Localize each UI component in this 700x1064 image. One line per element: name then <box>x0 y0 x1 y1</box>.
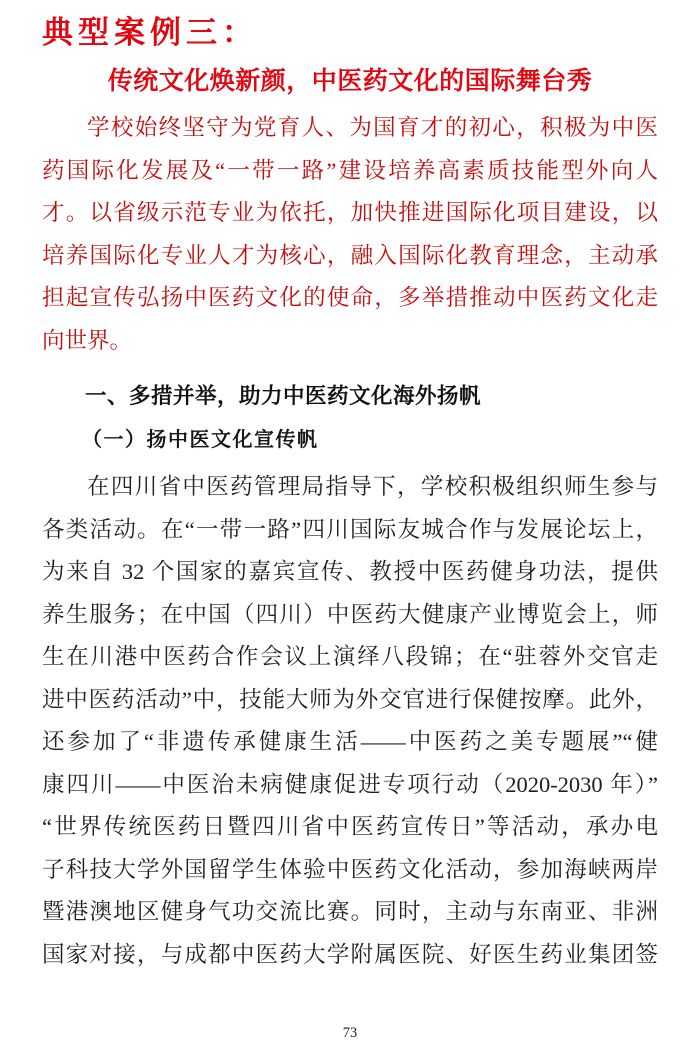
section-subheading: （一）扬中医文化宣传帆 <box>42 423 658 452</box>
text-line: 药国际化发展及“一带一路”建设培养高素质技能型外向人 <box>42 150 658 193</box>
text-line: 进中医药活动”中，技能大师为外交官进行保健按摩。此外， <box>42 679 658 722</box>
page-number: 73 <box>0 1025 700 1042</box>
text-line: 生在川港中医药合作会议上演绎八段锦；在“驻蓉外交官走 <box>42 636 658 679</box>
text-line: 各类活动。在“一带一路”四川国际友城合作与发展论坛上， <box>42 509 658 552</box>
text-line: 担起宣传弘扬中医药文化的使命，多举措推动中医药文化走 <box>42 277 658 320</box>
text-line: 暨港澳地区健身气功交流比赛。同时，主动与东南亚、非洲 <box>42 891 658 934</box>
intro-paragraph: 学校始终坚守为党育人、为国育才的初心，积极为中医药国际化发展及“一带一路”建设培… <box>42 107 658 362</box>
text-line: 在四川省中医药管理局指导下，学校积极组织师生参与 <box>42 466 658 509</box>
body-paragraph: 在四川省中医药管理局指导下，学校积极组织师生参与各类活动。在“一带一路”四川国际… <box>42 466 658 976</box>
text-line: 才。以省级示范专业为依托，加快推进国际化项目建设，以 <box>42 192 658 235</box>
text-line: 国家对接，与成都中医药大学附属医院、好医生药业集团签 <box>42 934 658 977</box>
text-line: 子科技大学外国留学生体验中医药文化活动，参加海峡两岸 <box>42 849 658 892</box>
document-page: 典型案例三： 传统文化焕新颜，中医药文化的国际舞台秀 学校始终坚守为党育人、为国… <box>0 0 700 1064</box>
text-line: 学校始终坚守为党育人、为国育才的初心，积极为中医 <box>42 107 658 150</box>
text-line: “世界传统医药日暨四川省中医药宣传日”等活动，承办电 <box>42 806 658 849</box>
text-line: 向世界。 <box>42 320 658 363</box>
text-line: 还参加了“非遗传承健康生活——中医药之美专题展”“健 <box>42 721 658 764</box>
text-line: 培养国际化专业人才为核心，融入国际化教育理念，主动承 <box>42 235 658 278</box>
text-line: 康四川——中医治未病健康促进专项行动（2020-2030 年）” <box>42 764 658 807</box>
article-title: 传统文化焕新颜，中医药文化的国际舞台秀 <box>42 61 658 97</box>
section-heading: 一、多措并举，助力中医药文化海外扬帆 <box>42 379 658 410</box>
text-line: 养生服务；在中国（四川）中医药大健康产业博览会上，师 <box>42 594 658 637</box>
text-line: 为来自 32 个国家的嘉宾宣传、教授中医药健身功法，提供 <box>42 551 658 594</box>
page-title: 典型案例三： <box>42 0 658 52</box>
